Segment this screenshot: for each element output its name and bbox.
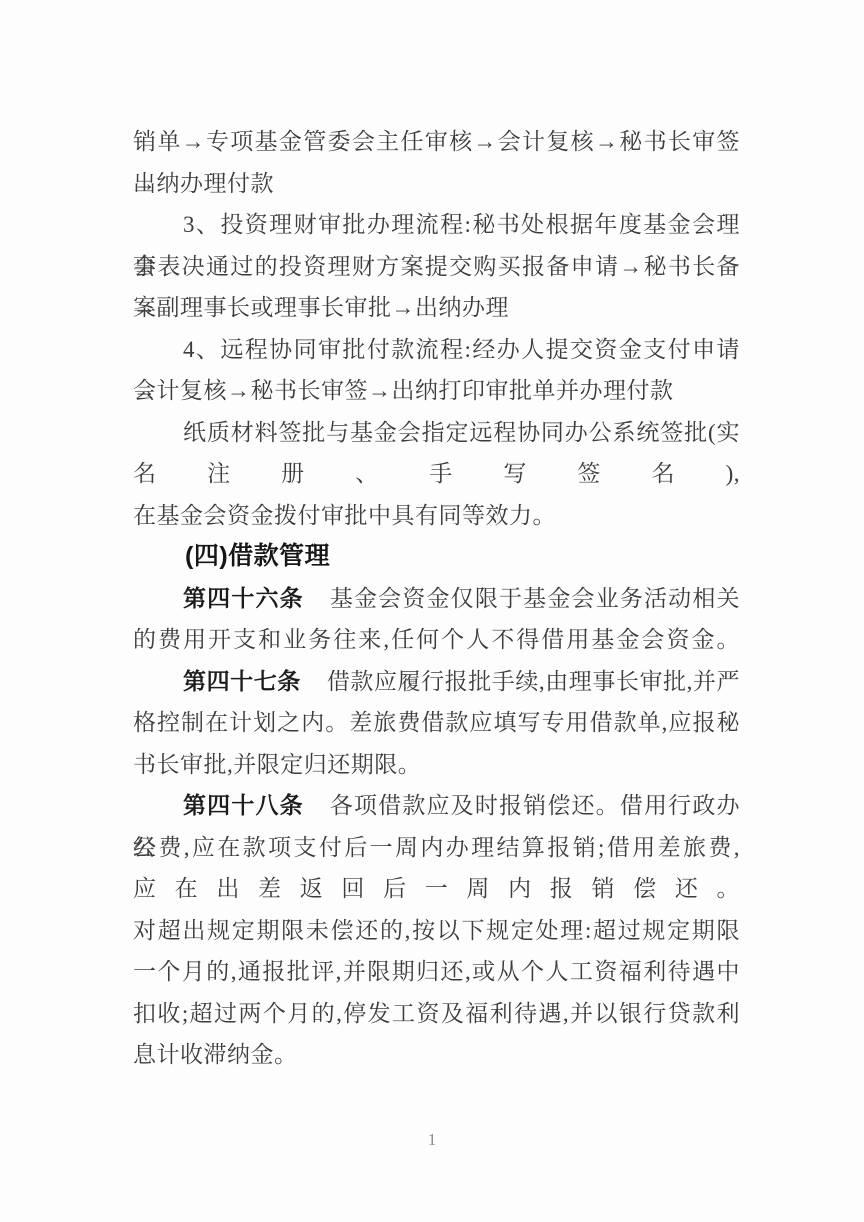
body-line: 在基金会资金拨付审批中具有同等效力。 [133,495,740,537]
body-line: 出纳办理付款 [133,163,740,205]
body-line: 一个月的,通报批评,并限期归还,或从个人工资福利待遇中 [133,951,740,993]
body-line: 息计收滞纳金。 [133,1034,740,1076]
article-text: 借款应履行报批手续,由理事长审批,并严 [327,669,740,694]
page-body: 销单→专项基金管委会主任审核→会计复核→秘书长审签→ 出纳办理付款 3、投资理财… [133,121,740,1076]
article-number: 第四十八条 [183,792,304,818]
article-number: 第四十七条 [183,668,301,694]
section-heading: (四)借款管理 [133,536,740,578]
body-line: 格控制在计划之内。差旅费借款应填写专用借款单,应报秘 [133,702,740,744]
document-page: 销单→专项基金管委会主任审核→会计复核→秘书长审签→ 出纳办理付款 3、投资理财… [0,0,864,1222]
body-line: 销单→专项基金管委会主任审核→会计复核→秘书长审签→ [133,121,740,163]
body-line: 第四十八条各项借款应及时报销偿还。借用行政办公 [133,785,740,827]
body-line: 会计复核→秘书长审签→出纳打印审批单并办理付款 [133,370,740,412]
body-line: 4、远程协同审批付款流程:经办人提交资金支付申请→ [133,329,740,371]
body-line: 书长审批,并限定归还期限。 [133,744,740,786]
article-text: 基金会资金仅限于基金会业务活动相关 [330,586,740,611]
body-line-spread: 名注册、手写签名), [133,453,740,495]
body-line: 的费用开支和业务往来,任何个人不得借用基金会资金。 [133,619,740,661]
body-line: 经费,应在款项支付后一周内办理结算报销;借用差旅费, [133,827,740,869]
body-line: 会表决通过的投资理财方案提交购买报备申请→秘书长备案 [133,246,740,288]
body-line: 扣收;超过两个月的,停发工资及福利待遇,并以银行贷款利 [133,993,740,1035]
page-number-label: 1 [0,1126,864,1154]
body-line: 3、投资理财审批办理流程:秘书处根据年度基金会理事 [133,204,740,246]
body-line: 纸质材料签批与基金会指定远程协同办公系统签批(实 [133,412,740,454]
body-line: 第四十六条基金会资金仅限于基金会业务活动相关 [133,578,740,620]
body-line: 第四十七条借款应履行报批手续,由理事长审批,并严 [133,661,740,703]
body-line: →副理事长或理事长审批→出纳办理 [133,287,740,329]
body-line: 对超出规定期限未偿还的,按以下规定处理:超过规定期限 [133,910,740,952]
body-line-spread: 应在出差返回后一周内报销偿还。 [133,868,740,910]
article-number: 第四十六条 [183,585,304,611]
